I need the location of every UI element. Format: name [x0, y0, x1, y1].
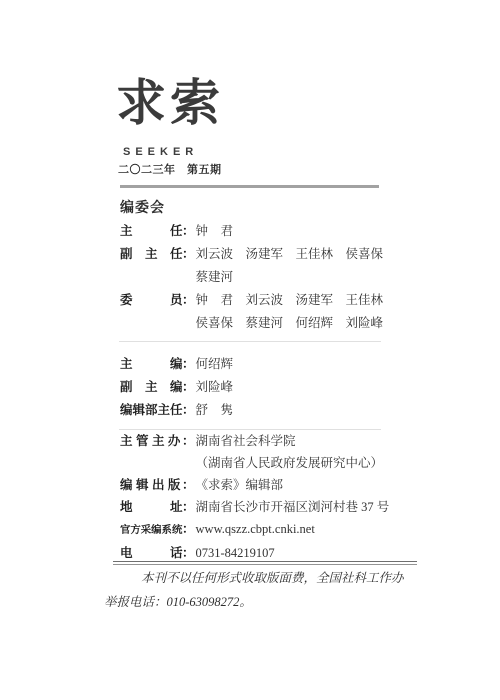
issue-line: 二〇二三年 第五期 [118, 161, 222, 177]
publication-row-address: 地 址 ： 湖南省长沙市开福区浏河村巷 37 号 [120, 496, 390, 518]
row-value: 湖南省社会科学院 （湖南省人民政府发展研究中心） [195, 430, 384, 474]
row-label: 副 主 编 [120, 376, 182, 399]
row-colon: ： [182, 399, 195, 422]
publication-row-sponsor: 主 管 主 办 ： 湖南省社会科学院 （湖南省人民政府发展研究中心） [120, 430, 390, 474]
row-value: 刘险峰 [195, 376, 234, 399]
row-colon: ： [182, 518, 195, 540]
row-label: 主 管 主 办 [120, 430, 182, 452]
row-label: 编辑部主任 [120, 399, 182, 422]
row-value-line2: 侯喜保 蔡建河 何绍辉 刘险峰 [196, 312, 384, 335]
row-label: 副 主 任 [120, 243, 182, 266]
row-label: 官方采编系统 [120, 520, 182, 542]
committee-heading: 编委会 [120, 197, 390, 220]
row-value: 钟 君 刘云波 汤建军 王佳林 侯喜保 蔡建河 何绍辉 刘险峰 [195, 289, 384, 335]
no-fee-notice: 本刊不以任何形式收取版面费，全国社科工作办举报电话：010-63098272。 [104, 566, 412, 614]
row-value: 舒 隽 [195, 399, 234, 422]
row-value-line2: 蔡建河 [196, 266, 384, 289]
editor-row-deputy-chief: 副 主 编 ： 刘险峰 [120, 376, 390, 399]
row-colon: ： [182, 496, 195, 518]
row-label: 委 员 [120, 289, 182, 312]
journal-logo: 求索 [116, 76, 224, 131]
editor-row-chief: 主 编 ： 何绍辉 [120, 353, 390, 376]
row-colon: ： [182, 353, 195, 376]
row-value: 《求索》编辑部 [195, 474, 284, 496]
row-label: 主 任 [120, 220, 182, 243]
journal-latin-title: SEEKER [123, 146, 198, 158]
publication-info-section: 主 管 主 办 ： 湖南省社会科学院 （湖南省人民政府发展研究中心） 编 辑 出… [120, 430, 390, 564]
committee-row-deputy-directors: 副 主 任 ： 刘云波 汤建军 王佳林 侯喜保 蔡建河 [120, 243, 390, 289]
row-value: 钟 君 [195, 220, 234, 243]
editor-row-office-director: 编辑部主任 ： 舒 隽 [120, 399, 390, 422]
row-value: 何绍辉 [195, 353, 234, 376]
row-value: 刘云波 汤建军 王佳林 侯喜保 蔡建河 [195, 243, 384, 289]
row-value-line1: 刘云波 汤建军 王佳林 侯喜保 [196, 243, 384, 266]
row-colon: ： [182, 220, 195, 243]
row-value-line1: 钟 君 刘云波 汤建军 王佳林 [196, 289, 384, 312]
row-label: 主 编 [120, 353, 182, 376]
masthead-rule [120, 185, 379, 188]
row-value-line1: 湖南省社会科学院 [196, 430, 384, 452]
submission-system-url: www.qszz.cbpt.cnki.net [195, 518, 315, 540]
row-colon: ： [182, 474, 195, 496]
footer-double-rule [113, 561, 417, 565]
row-colon: ： [182, 376, 195, 399]
publication-row-submission-system: 官方采编系统 ： www.qszz.cbpt.cnki.net [120, 518, 390, 542]
committee-row-members: 委 员 ： 钟 君 刘云波 汤建军 王佳林 侯喜保 蔡建河 何绍辉 刘险峰 [120, 289, 390, 335]
row-label: 编 辑 出 版 [120, 474, 182, 496]
row-value-line2: （湖南省人民政府发展研究中心） [196, 452, 384, 474]
row-value: 湖南省长沙市开福区浏河村巷 37 号 [195, 496, 390, 518]
committee-row-director: 主 任 ： 钟 君 [120, 220, 390, 243]
journal-masthead-page: 求索 SEEKER 二〇二三年 第五期 编委会 主 任 ： 钟 君 副 主 任 … [0, 0, 500, 700]
row-colon: ： [182, 430, 195, 452]
row-colon: ： [182, 243, 195, 266]
section-divider [119, 341, 381, 342]
publication-row-publisher: 编 辑 出 版 ： 《求索》编辑部 [120, 474, 390, 496]
editorial-committee-section: 编委会 主 任 ： 钟 君 副 主 任 ： 刘云波 汤建军 王佳林 侯喜保 蔡建… [120, 197, 390, 335]
row-colon: ： [182, 289, 195, 312]
editors-section: 主 编 ： 何绍辉 副 主 编 ： 刘险峰 编辑部主任 ： 舒 隽 [120, 353, 390, 422]
row-label: 地 址 [120, 496, 182, 518]
